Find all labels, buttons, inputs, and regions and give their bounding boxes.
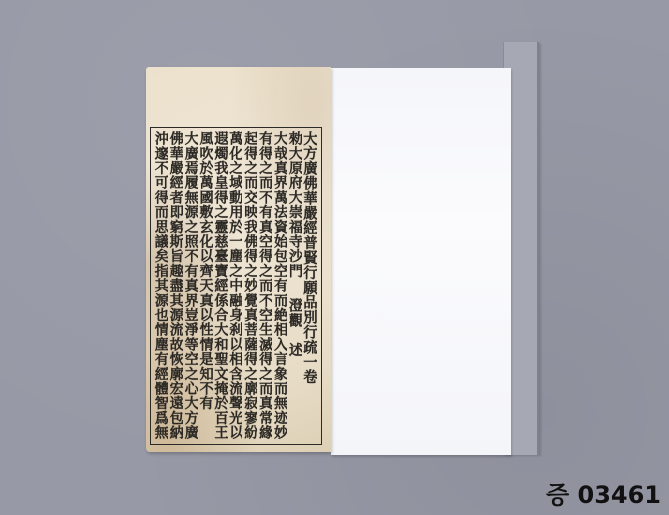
title-column: 大方廣佛華嚴經普賢行願品別行疏一卷 bbox=[302, 131, 317, 440]
catalog-number-label: 증 03461 bbox=[546, 475, 661, 510]
printed-page: 大方廣佛華嚴經普賢行願品別行疏一卷 勑大原府大崇福寺沙門 澄觀 述 大哉真界萬法… bbox=[146, 67, 331, 452]
text-column: 遐燭我皇得之靈慈臺寶經係合大和聖文掩於百王淳 bbox=[213, 131, 228, 440]
text-column: 佛華嚴經者即窮斯旨趣盡其源流故恢廓宏遠包納 bbox=[168, 131, 183, 440]
text-column: 萬化之域動用於一塵之中融身刹以相含流聲光以 bbox=[228, 131, 243, 440]
text-column: 有得之而不有真空得之而不空生滅得之而真常緣 bbox=[257, 131, 272, 440]
text-column: 風吹於萬國敷玄化以齊天真以性情是知不有 bbox=[198, 131, 213, 440]
text-column: 大廣焉履無源之照不有真界豈淨等空之心大方廣 bbox=[183, 131, 198, 440]
blank-page bbox=[331, 68, 511, 455]
author-column: 勑大原府大崇福寺沙門 澄觀 述 bbox=[287, 131, 302, 440]
book-photograph: 大方廣佛華嚴經普賢行願品別行疏一卷 勑大原府大崇福寺沙門 澄觀 述 大哉真界萬法… bbox=[0, 0, 669, 515]
text-columns: 大方廣佛華嚴經普賢行願品別行疏一卷 勑大原府大崇福寺沙門 澄觀 述 大哉真界萬法… bbox=[153, 131, 317, 440]
text-column: 大哉真界萬法資始包空有而絶相入言象而無迹妙 bbox=[272, 131, 287, 440]
text-column: 沖邃不可得而思議矣指其源也情塵有經體智爲無外 bbox=[153, 131, 168, 440]
text-column: 起得之而交映我佛得之妙覺真菩薩得之廓寂寥紛 bbox=[242, 131, 257, 440]
printed-text-block: 大方廣佛華嚴經普賢行願品別行疏一卷 勑大原府大崇福寺沙門 澄觀 述 大哉真界萬法… bbox=[150, 127, 322, 445]
